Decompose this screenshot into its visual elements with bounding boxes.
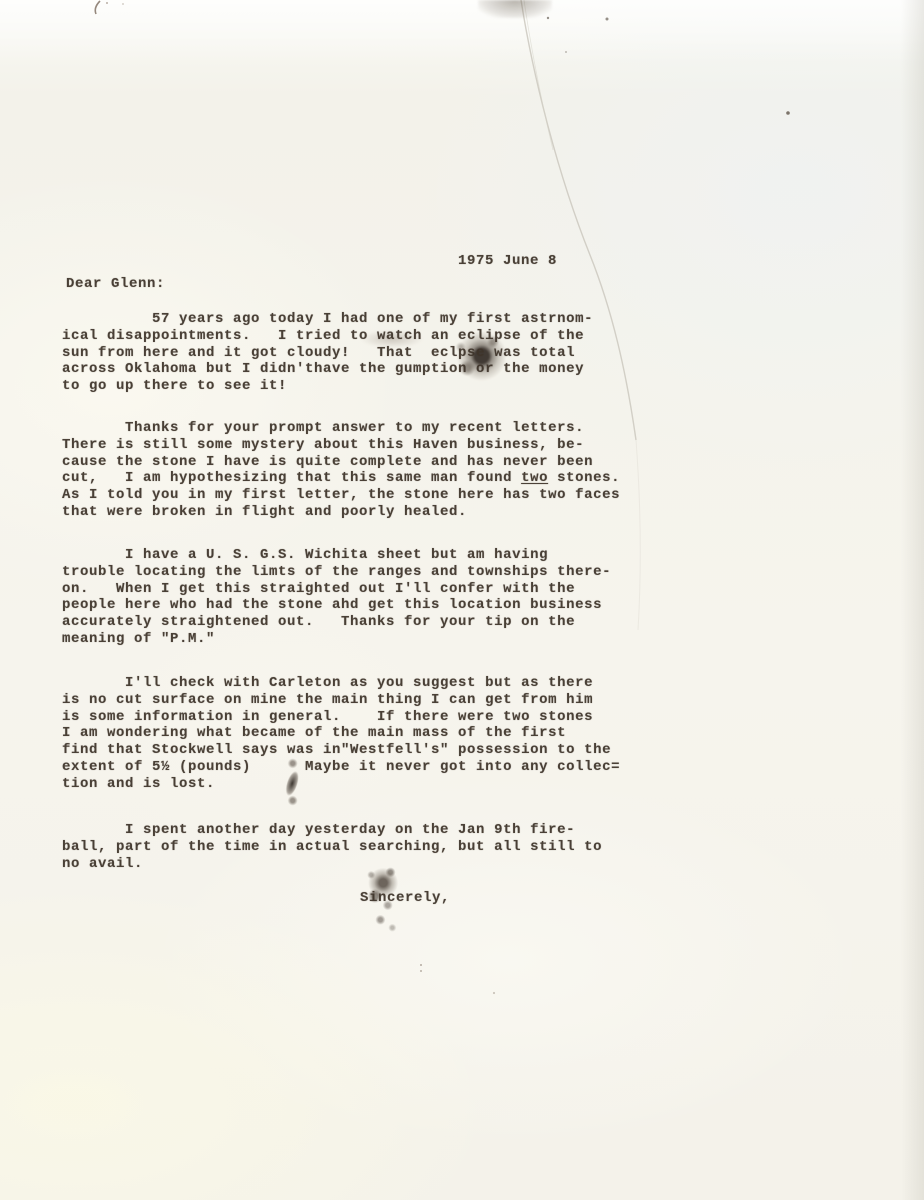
text-segment: on. When I get this straighted out I'll … — [62, 581, 575, 597]
letter-line: meaning of "P.M." — [62, 631, 611, 648]
text-segment: ball, part of the time in actual searchi… — [62, 839, 602, 855]
text-segment: 57 years ago today I had one of my first… — [62, 311, 593, 327]
text-segment: cut, I am hypothesizing that this same m… — [62, 470, 521, 486]
letter-date: 1975 June 8 — [458, 253, 557, 270]
letter-line: There is still some mystery about this H… — [62, 437, 620, 454]
paper-smudge — [478, 0, 552, 18]
letter-line: that were broken in flight and poorly he… — [62, 504, 620, 521]
text-segment: find that Stockwell says was in"Westfell… — [62, 742, 611, 758]
text-segment: across Oklahoma but I didn'thave the gum… — [62, 361, 584, 377]
letter-paragraph: Thanks for your prompt answer to my rece… — [62, 420, 620, 521]
text-segment: stones. — [548, 470, 620, 486]
letter-line: Thanks for your prompt answer to my rece… — [62, 420, 620, 437]
text-segment: meaning of "P.M." — [62, 631, 215, 647]
text-segment: I have a U. S. G.S. Wichita sheet but am… — [62, 547, 548, 563]
letter-line: accurately straightened out. Thanks for … — [62, 614, 611, 631]
text-segment: I am wondering what became of the main m… — [62, 725, 566, 741]
letter-line: tion and is lost. — [62, 776, 620, 793]
letter-salutation: Dear Glenn: — [66, 276, 165, 293]
letter-closing: Sincerely, — [360, 890, 450, 907]
letter-line: ball, part of the time in actual searchi… — [62, 839, 602, 856]
letter-line: is some information in general. If there… — [62, 709, 620, 726]
text-segment: accurately straightened out. Thanks for … — [62, 614, 575, 630]
letter-line: cause the stone I have is quite complete… — [62, 454, 620, 471]
letter-line: extent of 5½ (pounds) Maybe it never got… — [62, 759, 620, 776]
letter-line: ical disappointments. I tried to watch a… — [62, 328, 593, 345]
text-segment: As I told you in my first letter, the st… — [62, 487, 620, 503]
letter-line: trouble locating the limts of the ranges… — [62, 564, 611, 581]
text-segment: to go up there to see it! — [62, 378, 287, 394]
text-segment: that were broken in flight and poorly he… — [62, 504, 467, 520]
letter-paragraph: I spent another day yesterday on the Jan… — [62, 822, 602, 872]
letter-line: on. When I get this straighted out I'll … — [62, 581, 611, 598]
letter-line: I spent another day yesterday on the Jan… — [62, 822, 602, 839]
text-segment: I spent another day yesterday on the Jan… — [62, 822, 575, 838]
pen-mark — [95, 1, 100, 14]
letter-line: across Oklahoma but I didn'thave the gum… — [62, 361, 593, 378]
text-segment: ical disappointments. I tried to watch a… — [62, 328, 584, 344]
text-segment: I'll check with Carleton as you suggest … — [62, 675, 593, 691]
letter-line: I'll check with Carleton as you suggest … — [62, 675, 620, 692]
letter-paragraph: 57 years ago today I had one of my first… — [62, 311, 593, 395]
text-segment: no avail. — [62, 856, 143, 872]
text-segment: Thanks for your prompt answer to my rece… — [62, 420, 584, 436]
letter-line: people here who had the stone ahd get th… — [62, 597, 611, 614]
text-segment: cause the stone I have is quite complete… — [62, 454, 593, 470]
text-segment: sun from here and it got cloudy! That ec… — [62, 345, 575, 361]
text-segment: is some information in general. If there… — [62, 709, 593, 725]
letter-paragraph: I'll check with Carleton as you suggest … — [62, 675, 620, 793]
letter-page: 1975 June 8 Dear Glenn: 57 years ago tod… — [0, 0, 924, 1200]
underlined-word: two — [521, 470, 548, 486]
text-segment: is no cut surface on mine the main thing… — [62, 692, 593, 708]
letter-line: As I told you in my first letter, the st… — [62, 487, 620, 504]
letter-line: I have a U. S. G.S. Wichita sheet but am… — [62, 547, 611, 564]
letter-line: to go up there to see it! — [62, 378, 593, 395]
letter-line: is no cut surface on mine the main thing… — [62, 692, 620, 709]
text-segment: extent of 5½ (pounds) Maybe it never got… — [62, 759, 620, 775]
text-segment: people here who had the stone ahd get th… — [62, 597, 602, 613]
text-segment: trouble locating the limts of the ranges… — [62, 564, 611, 580]
letter-line: I am wondering what became of the main m… — [62, 725, 620, 742]
letter-line: sun from here and it got cloudy! That ec… — [62, 345, 593, 362]
letter-line: find that Stockwell says was in"Westfell… — [62, 742, 620, 759]
letter-paragraph: I have a U. S. G.S. Wichita sheet but am… — [62, 547, 611, 648]
letter-line: no avail. — [62, 856, 602, 873]
text-segment: There is still some mystery about this H… — [62, 437, 584, 453]
letter-line: cut, I am hypothesizing that this same m… — [62, 470, 620, 487]
text-segment: tion and is lost. — [62, 776, 215, 792]
letter-line: 57 years ago today I had one of my first… — [62, 311, 593, 328]
